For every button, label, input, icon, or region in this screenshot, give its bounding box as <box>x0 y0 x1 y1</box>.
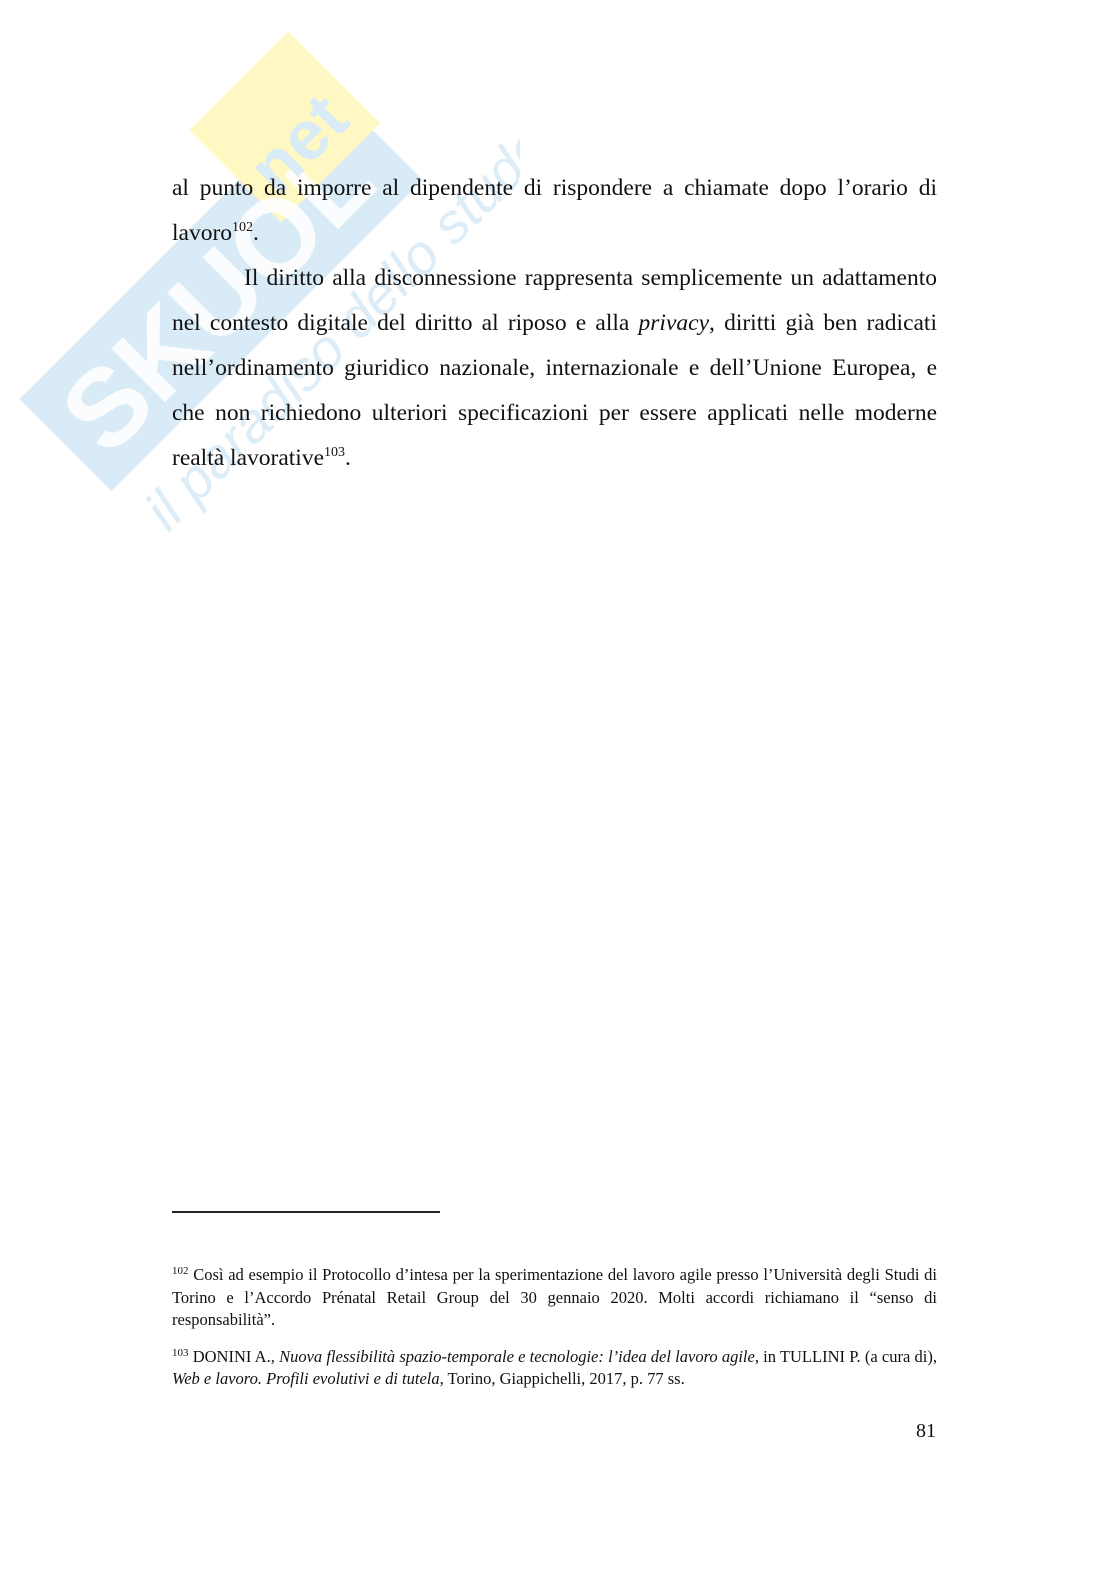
footnote-ref-102[interactable]: 102 <box>232 220 253 235</box>
paragraph-2: Il diritto alla disconnessione rappresen… <box>172 256 937 481</box>
footnote-middle: , in TULLINI P. (a cura di), <box>755 1347 937 1366</box>
footnote-103: 103 DONINI A., Nuova flessibilità spazio… <box>172 1346 937 1391</box>
footnote-number: 102 <box>172 1265 189 1277</box>
footnote-102: 102 Così ad esempio il Protocollo d’inte… <box>172 1264 937 1332</box>
footnote-author: DONINI A., <box>189 1347 280 1366</box>
footnote-text: Così ad esempio il Protocollo d’intesa p… <box>172 1265 937 1329</box>
footnote-ref-103[interactable]: 103 <box>324 445 345 460</box>
paragraph-1-end: . <box>253 220 259 246</box>
paragraph-2-italic: privacy <box>639 310 709 336</box>
footnote-separator <box>172 1211 440 1213</box>
footnote-book: Web e lavoro. Profili evolutivi e di tut… <box>172 1369 440 1388</box>
paragraph-1: al punto da imporre al dipendente di ris… <box>172 166 937 256</box>
page-number: 81 <box>900 1420 936 1443</box>
footnotes: 102 Così ad esempio il Protocollo d’inte… <box>172 1264 937 1405</box>
footnote-title: Nuova flessibilità spazio-temporale e te… <box>279 1347 755 1366</box>
paragraph-1-text: al punto da imporre al dipendente di ris… <box>172 175 937 246</box>
footnote-end: , Torino, Giappichelli, 2017, p. 77 ss. <box>440 1369 685 1388</box>
paragraph-2-end: . <box>345 445 351 471</box>
body-text: al punto da imporre al dipendente di ris… <box>172 166 937 481</box>
footnote-number: 103 <box>172 1347 189 1359</box>
